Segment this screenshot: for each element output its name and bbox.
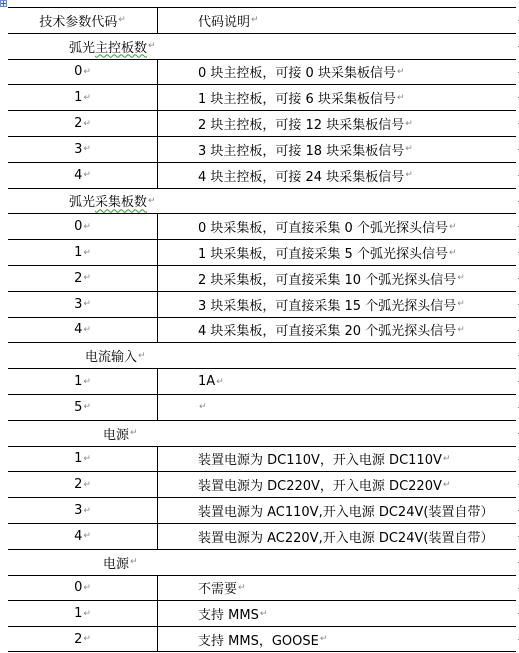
desc-value: 1A: [198, 374, 215, 389]
code-value: 1: [74, 374, 82, 389]
section-header-row: 弧光主控板数↵: [8, 33, 516, 59]
table-row: 2↵ 2 块主控板，可接 12 块采集板信号↵: [8, 110, 516, 136]
desc-value: 2 块主控板，可接 12 块采集板信号: [198, 114, 404, 133]
desc-cell: 3 块主控板，可接 18 块采集板信号↵: [158, 137, 516, 162]
header-code-label: 技术参数代码: [39, 11, 117, 30]
code-value: 2: [74, 116, 82, 131]
table-row: 1↵ 1 块主控板，可接 6 块采集板信号↵: [8, 84, 516, 110]
table-row: 0↵ 0 块采集板，可直接采集 0 个弧光探头信号↵: [8, 213, 516, 239]
table-row: 1↵ 1 块采集板，可直接采集 5 个弧光探头信号↵: [8, 239, 516, 265]
code-cell: 2↵: [8, 472, 158, 497]
table-row: 1↵ 1A↵: [8, 368, 516, 394]
header-code-cell: 技术参数代码↵: [8, 8, 158, 33]
code-value: 2: [74, 271, 82, 286]
code-value: 3: [74, 142, 82, 157]
table-header-row: 技术参数代码↵ 代码说明↵: [8, 7, 516, 33]
section-title: 电源↵: [8, 550, 138, 575]
desc-value: 2 块采集板，可直接采集 10 个弧光探头信号: [198, 269, 456, 288]
code-value: 4: [74, 529, 82, 544]
paragraph-mark-icon: ↵: [260, 609, 268, 619]
code-value: 0: [74, 219, 82, 234]
paragraph-mark-icon: ↵: [443, 480, 451, 490]
desc-value: 装置电源为 AC110V,开入电源 DC24V(装置自带）: [198, 501, 493, 520]
desc-value: 装置电源为 AC220V,开入电源 DC24V(装置自带）: [198, 527, 493, 546]
desc-value: 支持 MMS，GOOSE: [198, 630, 319, 649]
code-value: 0: [74, 64, 82, 79]
table-row: 2↵ 2 块采集板，可直接采集 10 个弧光探头信号↵: [8, 265, 516, 291]
table-row: 1↵ 装置电源为 DC110V，开入电源 DC110V↵: [8, 446, 516, 472]
paragraph-mark-icon: ↵: [83, 222, 91, 232]
table-row: 4↵ 装置电源为 AC220V,开入电源 DC24V(装置自带）: [8, 523, 516, 549]
paragraph-mark-icon: ↵: [405, 170, 413, 180]
desc-cell: 装置电源为 AC110V,开入电源 DC24V(装置自带）: [158, 498, 516, 523]
section-header-row: 电源↵: [8, 420, 516, 446]
code-value: 4: [74, 322, 82, 337]
table-row: 3↵ 3 块主控板，可接 18 块采集板信号↵: [8, 136, 516, 162]
paragraph-mark-icon: ↵: [83, 273, 91, 283]
desc-value: 4 块主控板，可接 24 块采集板信号: [198, 166, 404, 185]
paragraph-mark-icon: ↵: [457, 299, 465, 309]
desc-cell: 0 块采集板，可直接采集 0 个弧光探头信号↵: [158, 214, 516, 239]
desc-cell: 2 块主控板，可接 12 块采集板信号↵: [158, 111, 516, 136]
paragraph-mark-icon: ↵: [83, 531, 91, 541]
section-title: 弧光主控板数↵: [8, 34, 156, 59]
desc-cell: 支持 MMS，GOOSE↵: [158, 627, 516, 651]
table-row: 3↵ 3 块采集板，可直接采集 15 个弧光探头信号↵: [8, 291, 516, 317]
paragraph-mark-icon: ↵: [130, 428, 138, 438]
section-title: 电源↵: [8, 421, 138, 446]
code-cell: 3↵: [8, 498, 158, 523]
code-cell: 4↵: [8, 318, 158, 343]
paragraph-mark-icon: ↵: [397, 67, 405, 77]
section-title-text: 弧光: [69, 37, 95, 56]
paragraph-mark-icon: ↵: [118, 15, 126, 25]
desc-cell: 2 块采集板，可直接采集 10 个弧光探头信号↵: [158, 266, 516, 291]
code-cell: 2↵: [8, 627, 158, 651]
paragraph-mark-icon: ↵: [443, 454, 451, 464]
code-value: 3: [74, 297, 82, 312]
code-value: 2: [74, 477, 82, 492]
desc-cell: 0 块主控板，可接 0 块采集板信号↵: [158, 60, 516, 85]
code-value: 5: [74, 400, 82, 415]
desc-value: 装置电源为 DC110V，开入电源 DC110V: [198, 449, 442, 468]
paragraph-mark-icon: ↵: [238, 583, 246, 593]
paragraph-mark-icon: ↵: [148, 41, 156, 51]
table-row: 0↵ 0 块主控板，可接 0 块采集板信号↵: [8, 59, 516, 85]
paragraph-mark-icon: ↵: [83, 325, 91, 335]
desc-cell: 3 块采集板，可直接采集 15 个弧光探头信号↵: [158, 292, 516, 317]
code-cell: 1↵: [8, 85, 158, 110]
code-cell: 0↵: [8, 214, 158, 239]
desc-value: 1 块主控板，可接 6 块采集板信号: [198, 88, 396, 107]
desc-value: 不需要: [198, 578, 237, 597]
code-cell: 0↵: [8, 60, 158, 85]
paragraph-mark-icon: ↵: [130, 557, 138, 567]
section-title-text: 电源: [103, 424, 129, 443]
desc-cell: 支持 MMS↵: [158, 601, 516, 626]
code-cell: 4↵: [8, 163, 158, 188]
code-cell: 0↵: [8, 576, 158, 601]
header-desc-label: 代码说明: [198, 11, 250, 30]
desc-cell: 1 块主控板，可接 6 块采集板信号↵: [158, 85, 516, 110]
code-cell: 1↵: [8, 447, 158, 472]
code-cell: 1↵: [8, 601, 158, 626]
section-header-row: 弧光采集板数↵: [8, 188, 516, 214]
desc-cell: 装置电源为 DC110V，开入电源 DC110V↵: [158, 447, 516, 472]
paragraph-mark-icon: ↵: [83, 170, 91, 180]
paragraph-mark-icon: ↵: [83, 454, 91, 464]
table-row: 2↵ 支持 MMS，GOOSE↵: [8, 626, 516, 652]
paragraph-mark-icon: ↵: [148, 196, 156, 206]
paragraph-mark-icon: ↵: [405, 119, 413, 129]
section-title-text: 电流输入: [85, 346, 137, 365]
paragraph-mark-icon: ↵: [83, 299, 91, 309]
paragraph-mark-icon: ↵: [83, 144, 91, 154]
desc-cell: 4 块主控板，可接 24 块采集板信号↵: [158, 163, 516, 188]
paragraph-mark-icon: ↵: [449, 222, 457, 232]
desc-cell: 1 块采集板，可直接采集 5 个弧光探头信号↵: [158, 240, 516, 265]
parameter-code-table: 技术参数代码↵ 代码说明↵ 弧光主控板数↵ 0↵ 0 块主控板，可接 0 块采集…: [8, 7, 516, 652]
code-value: 3: [74, 503, 82, 518]
table-row: 0↵ 不需要↵: [8, 575, 516, 601]
desc-value: 装置电源为 DC220V，开入电源 DC220V: [198, 475, 442, 494]
table-row: 4↵ 4 块采集板，可直接采集 20 个弧光探头信号↵: [8, 317, 516, 343]
paragraph-mark-icon: ↵: [83, 609, 91, 619]
paragraph-mark-icon: ↵: [457, 325, 465, 335]
code-value: 0: [74, 580, 82, 595]
paragraph-mark-icon: ↵: [251, 15, 259, 25]
desc-value: 3 块主控板，可接 18 块采集板信号: [198, 140, 404, 159]
section-title-spellcheck: 采集板数: [95, 191, 147, 210]
paragraph-mark-icon: ↵: [199, 402, 207, 412]
header-desc-cell: 代码说明↵: [158, 8, 516, 33]
table-row: 4↵ 4 块主控板，可接 24 块采集板信号↵: [8, 162, 516, 188]
desc-cell: 装置电源为 AC220V,开入电源 DC24V(装置自带）: [158, 524, 516, 549]
code-cell: 5↵: [8, 395, 158, 420]
desc-cell: 1A↵: [158, 369, 516, 394]
paragraph-mark-icon: ↵: [83, 119, 91, 129]
paragraph-mark-icon: ↵: [138, 351, 146, 361]
paragraph-mark-icon: ↵: [83, 634, 91, 644]
code-value: 1: [74, 90, 82, 105]
table-move-handle-icon[interactable]: [0, 0, 7, 7]
paragraph-mark-icon: ↵: [216, 377, 224, 387]
code-cell: 4↵: [8, 524, 158, 549]
code-cell: 3↵: [8, 292, 158, 317]
desc-value: 3 块采集板，可直接采集 15 个弧光探头信号: [198, 295, 456, 314]
paragraph-mark-icon: ↵: [83, 402, 91, 412]
section-title-spellcheck: 主控板数: [95, 37, 147, 56]
code-cell: 2↵: [8, 266, 158, 291]
table-row: 1↵ 支持 MMS↵: [8, 600, 516, 626]
paragraph-mark-icon: ↵: [83, 67, 91, 77]
section-title: 电流输入↵: [8, 343, 146, 368]
code-value: 2: [74, 632, 82, 647]
code-cell: 2↵: [8, 111, 158, 136]
paragraph-mark-icon: ↵: [320, 634, 328, 644]
code-value: 1: [74, 451, 82, 466]
code-cell: 1↵: [8, 240, 158, 265]
paragraph-mark-icon: ↵: [83, 583, 91, 593]
section-header-row: 电流输入↵: [8, 342, 516, 368]
desc-cell: 不需要↵: [158, 576, 516, 601]
table-row: 5↵ ↵: [8, 394, 516, 420]
code-value: 4: [74, 168, 82, 183]
paragraph-mark-icon: ↵: [83, 480, 91, 490]
table-row: 3↵ 装置电源为 AC110V,开入电源 DC24V(装置自带）: [8, 497, 516, 523]
paragraph-mark-icon: ↵: [449, 248, 457, 258]
section-header-row: 电源↵: [8, 549, 516, 575]
paragraph-mark-icon: ↵: [397, 93, 405, 103]
desc-value: 0 块主控板，可接 0 块采集板信号: [198, 62, 396, 81]
code-cell: 1↵: [8, 369, 158, 394]
desc-cell: 装置电源为 DC220V，开入电源 DC220V↵: [158, 472, 516, 497]
paragraph-mark-icon: ↵: [405, 144, 413, 154]
paragraph-mark-icon: ↵: [83, 506, 91, 516]
section-title-text: 电源: [103, 553, 129, 572]
paragraph-mark-icon: ↵: [83, 93, 91, 103]
code-value: 1: [74, 245, 82, 260]
paragraph-mark-icon: ↵: [83, 248, 91, 258]
desc-cell: 4 块采集板，可直接采集 20 个弧光探头信号↵: [158, 318, 516, 343]
desc-value: 1 块采集板，可直接采集 5 个弧光探头信号: [198, 243, 448, 262]
section-title-text: 弧光: [69, 191, 95, 210]
desc-value: 0 块采集板，可直接采集 0 个弧光探头信号: [198, 217, 448, 236]
desc-cell: ↵: [158, 395, 516, 420]
code-value: 1: [74, 606, 82, 621]
section-title: 弧光采集板数↵: [8, 189, 156, 214]
desc-value: 4 块采集板，可直接采集 20 个弧光探头信号: [198, 320, 456, 339]
desc-value: 支持 MMS: [198, 604, 259, 623]
code-cell: 3↵: [8, 137, 158, 162]
table-row: 2↵ 装置电源为 DC220V，开入电源 DC220V↵: [8, 471, 516, 497]
paragraph-mark-icon: ↵: [457, 273, 465, 283]
paragraph-mark-icon: ↵: [83, 377, 91, 387]
